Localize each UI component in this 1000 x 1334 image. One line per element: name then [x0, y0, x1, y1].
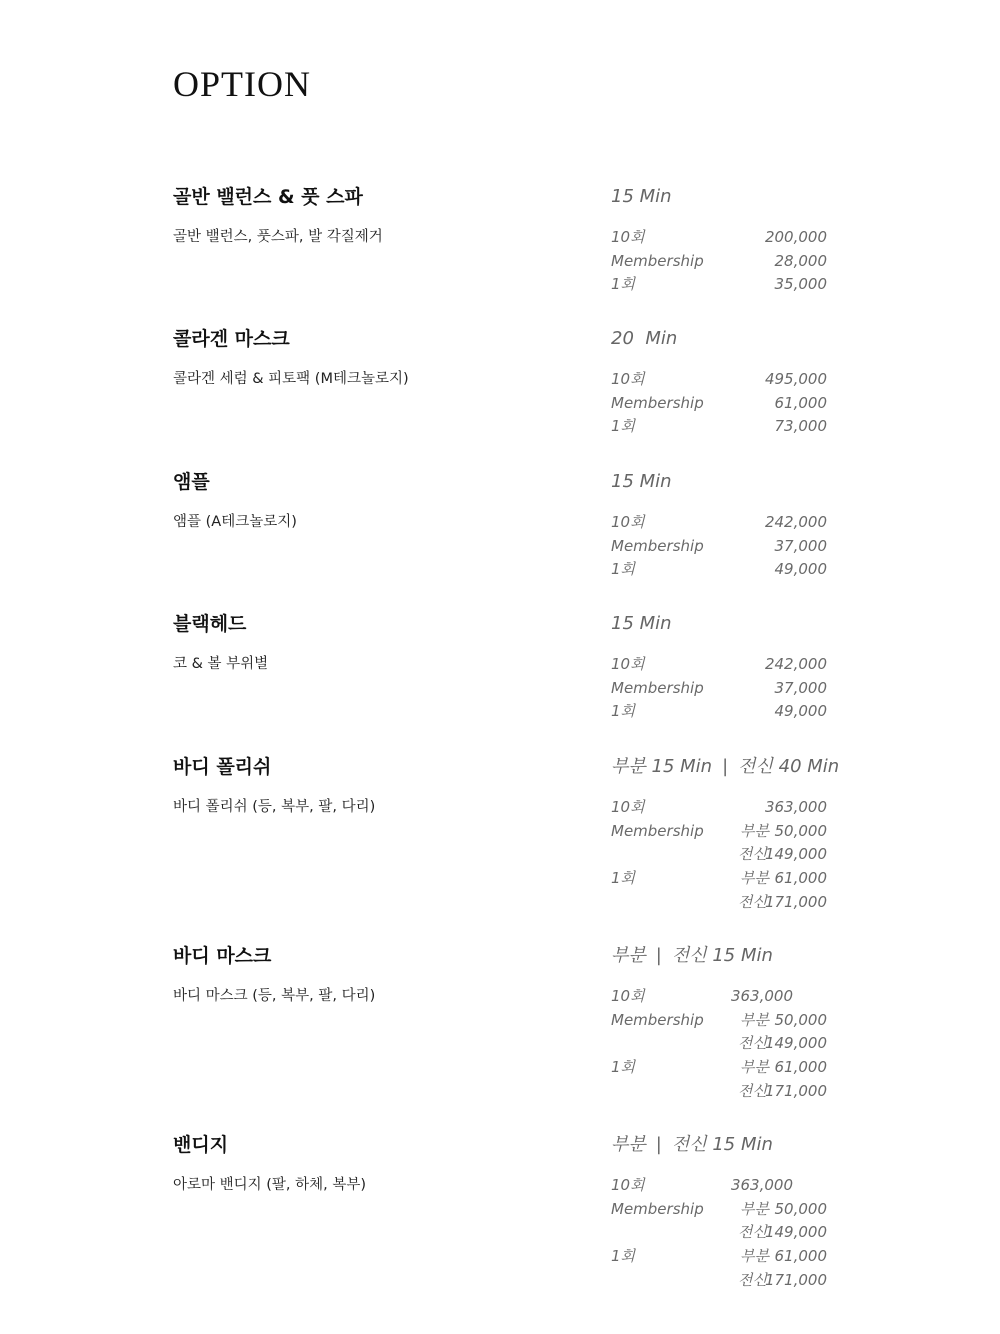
price-label: 1회 — [611, 1245, 635, 1269]
price-value: 61,000 — [775, 1056, 828, 1080]
price-row: 전신 171,000 — [611, 1080, 829, 1104]
duration-full: 전신 15 Min — [672, 1134, 773, 1155]
section-description: 골반 밸런스, 풋스파, 발 각질제거 — [173, 227, 383, 247]
price-label: Membership — [611, 1198, 704, 1222]
price-row: Membership 28,000 — [611, 250, 829, 274]
price-row: 10회 495,000 — [611, 368, 829, 392]
price-row: Membership 37,000 — [611, 535, 829, 559]
price-row: 전신 171,000 — [611, 1269, 829, 1293]
price-sublabel: 부분 — [740, 1245, 769, 1269]
price-sublabel: 전신 — [738, 1032, 767, 1056]
price-row: 10회 200,000 — [611, 226, 829, 250]
section-duration: 20 Min — [611, 326, 677, 352]
price-list: 10회 363,000 Membership 부분 50,000 전신 149,… — [611, 985, 829, 1103]
price-value: 149,000 — [765, 843, 827, 867]
price-sublabel: 전신 — [738, 1080, 767, 1104]
price-label: 10회 — [611, 226, 645, 250]
section-description: 콜라겐 세럼 & 피토팩 (M테크놀로지) — [173, 369, 409, 389]
section-title: 골반 밸런스 & 풋 스파 — [173, 184, 363, 210]
price-value: 171,000 — [765, 1080, 827, 1104]
section-duration: 15 Min — [611, 184, 672, 210]
price-value: 50,000 — [775, 1198, 828, 1222]
price-list: 10회 363,000 Membership 부분 50,000 전신 149,… — [611, 1174, 829, 1292]
price-sublabel: 부분 — [740, 1056, 769, 1080]
duration-partial: 부분 — [611, 945, 646, 966]
price-value: 50,000 — [775, 1009, 828, 1033]
price-value: 49,000 — [775, 558, 828, 582]
price-value: 495,000 — [765, 368, 827, 392]
price-label: 10회 — [611, 1174, 645, 1198]
price-label: Membership — [611, 392, 704, 416]
section-description: 앰플 (A테크놀로지) — [173, 512, 297, 532]
price-list: 10회 495,000 Membership 61,000 1회 73,000 — [611, 368, 829, 439]
price-label: 1회 — [611, 273, 635, 297]
price-value: 35,000 — [775, 273, 828, 297]
price-list: 10회 242,000 Membership 37,000 1회 49,000 — [611, 653, 829, 724]
duration-separator: | — [722, 754, 728, 780]
price-value: 242,000 — [765, 653, 827, 677]
price-label: Membership — [611, 535, 704, 559]
price-sublabel: 전신 — [738, 1221, 767, 1245]
price-value: 363,000 — [765, 796, 827, 820]
price-sublabel: 부분 — [740, 1198, 769, 1222]
price-label: 1회 — [611, 867, 635, 891]
price-row: Membership 61,000 — [611, 392, 829, 416]
section-duration: 15 Min — [611, 469, 672, 495]
price-value: 61,000 — [775, 1245, 828, 1269]
price-label: Membership — [611, 820, 704, 844]
price-row: 1회 49,000 — [611, 558, 829, 582]
price-label: 1회 — [611, 700, 635, 724]
section-title: 바디 마스크 — [173, 943, 271, 969]
price-label: Membership — [611, 1009, 704, 1033]
duration-separator: | — [656, 943, 662, 969]
price-row: 전신 149,000 — [611, 843, 829, 867]
price-row: 1회 35,000 — [611, 273, 829, 297]
price-value: 363,000 — [731, 1174, 793, 1198]
duration-full: 전신 40 Min — [738, 756, 839, 777]
price-label: 10회 — [611, 368, 645, 392]
price-value: 73,000 — [775, 415, 828, 439]
price-row: 전신 171,000 — [611, 891, 829, 915]
price-row: Membership 부분 50,000 — [611, 1198, 829, 1222]
price-row: 1회 부분 61,000 — [611, 867, 829, 891]
price-value: 363,000 — [731, 985, 793, 1009]
section-title: 블랙헤드 — [173, 611, 246, 637]
price-row: 10회 242,000 — [611, 653, 829, 677]
price-sublabel: 부분 — [740, 820, 769, 844]
price-value: 37,000 — [775, 677, 828, 701]
price-value: 200,000 — [765, 226, 827, 250]
price-list: 10회 200,000 Membership 28,000 1회 35,000 — [611, 226, 829, 297]
duration-partial: 부분 — [611, 1134, 646, 1155]
section-description: 바디 마스크 (등, 복부, 팔, 다리) — [173, 986, 375, 1006]
duration-partial: 부분 15 Min — [611, 756, 712, 777]
price-row: 1회 73,000 — [611, 415, 829, 439]
price-label: Membership — [611, 677, 704, 701]
price-row: 10회 363,000 — [611, 985, 829, 1009]
price-row: Membership 37,000 — [611, 677, 829, 701]
price-value: 50,000 — [775, 820, 828, 844]
section-title: 콜라겐 마스크 — [173, 326, 290, 352]
price-row: 10회 242,000 — [611, 511, 829, 535]
duration-separator: | — [656, 1132, 662, 1158]
price-value: 37,000 — [775, 535, 828, 559]
price-row: 1회 부분 61,000 — [611, 1245, 829, 1269]
price-value: 242,000 — [765, 511, 827, 535]
price-row: 전신 149,000 — [611, 1221, 829, 1245]
price-value: 149,000 — [765, 1221, 827, 1245]
section-duration: 부분|전신 15 Min — [611, 943, 773, 969]
price-sublabel: 부분 — [740, 1009, 769, 1033]
price-sublabel: 전신 — [738, 1269, 767, 1293]
section-title: 밴디지 — [173, 1132, 228, 1158]
section-title: 바디 폴리쉬 — [173, 754, 271, 780]
duration-full: 전신 15 Min — [672, 945, 773, 966]
section-duration: 15 Min — [611, 611, 672, 637]
section-title: 앰플 — [173, 469, 210, 495]
price-label: 10회 — [611, 653, 645, 677]
price-row: 1회 49,000 — [611, 700, 829, 724]
section-description: 코 & 볼 부위별 — [173, 654, 268, 674]
section-duration: 부분|전신 15 Min — [611, 1132, 773, 1158]
price-label: 1회 — [611, 558, 635, 582]
price-value: 28,000 — [775, 250, 828, 274]
price-sublabel: 부분 — [740, 867, 769, 891]
price-value: 61,000 — [775, 392, 828, 416]
price-sublabel: 전신 — [738, 891, 767, 915]
price-label: 1회 — [611, 415, 635, 439]
price-value: 149,000 — [765, 1032, 827, 1056]
price-sublabel: 전신 — [738, 843, 767, 867]
section-duration: 부분 15 Min|전신 40 Min — [611, 754, 839, 780]
price-value: 61,000 — [775, 867, 828, 891]
price-list: 10회 242,000 Membership 37,000 1회 49,000 — [611, 511, 829, 582]
price-value: 171,000 — [765, 891, 827, 915]
section-description: 바디 폴리쉬 (등, 복부, 팔, 다리) — [173, 797, 375, 817]
price-label: 10회 — [611, 985, 645, 1009]
price-label: 10회 — [611, 511, 645, 535]
section-description: 아로마 밴디지 (팔, 하체, 복부) — [173, 1175, 366, 1195]
price-list: 10회 363,000 Membership 부분 50,000 전신 149,… — [611, 796, 829, 914]
price-row: 10회 363,000 — [611, 1174, 829, 1198]
price-value: 171,000 — [765, 1269, 827, 1293]
price-row: 10회 363,000 — [611, 796, 829, 820]
price-label: 10회 — [611, 796, 645, 820]
price-row: 전신 149,000 — [611, 1032, 829, 1056]
price-row: 1회 부분 61,000 — [611, 1056, 829, 1080]
price-row: Membership 부분 50,000 — [611, 820, 829, 844]
price-label: Membership — [611, 250, 704, 274]
page-title: OPTION — [173, 64, 311, 104]
price-value: 49,000 — [775, 700, 828, 724]
price-row: Membership 부분 50,000 — [611, 1009, 829, 1033]
price-label: 1회 — [611, 1056, 635, 1080]
